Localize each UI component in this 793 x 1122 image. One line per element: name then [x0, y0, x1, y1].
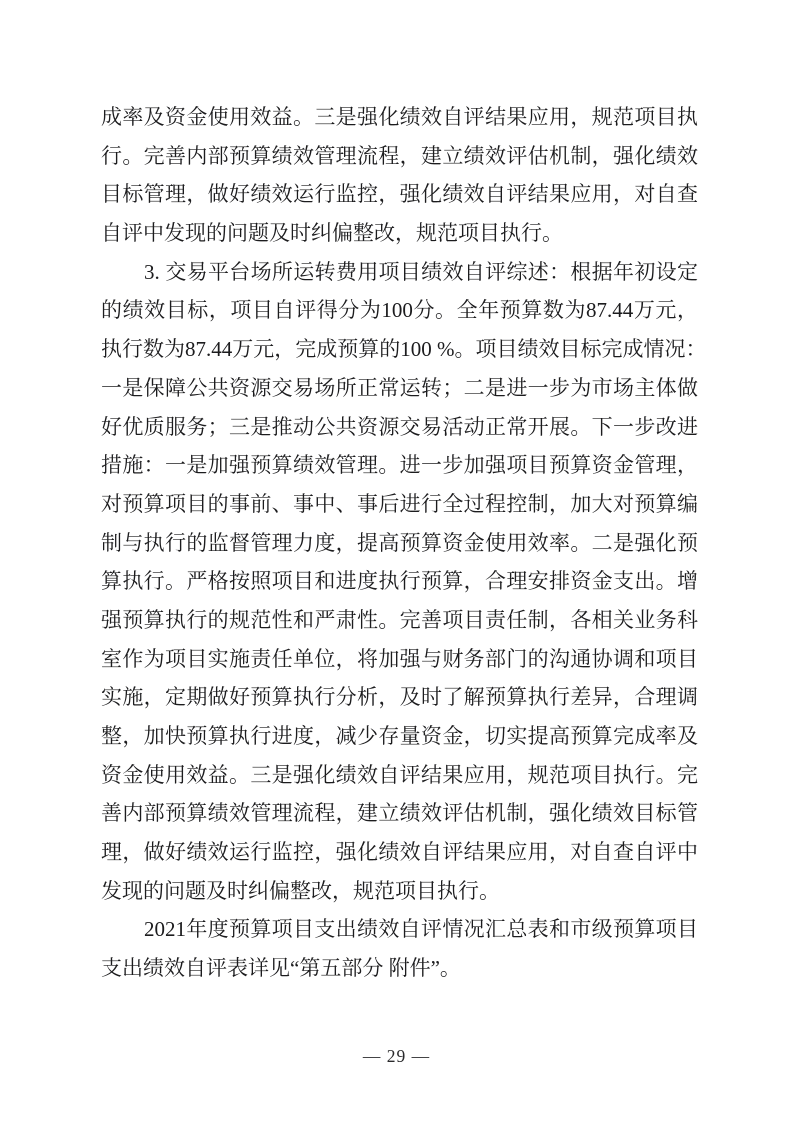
text-line: 措施：一是加强预算绩效管理。进一步加强项目预算资金管理， [101, 446, 698, 485]
text-line: 善内部预算绩效管理流程，建立绩效评估机制，强化绩效目标管 [101, 794, 698, 833]
text-line: 整，加快预算执行进度，减少存量资金，切实提高预算完成率及 [101, 717, 698, 756]
text-line: 行。完善内部预算绩效管理流程，建立绩效评估机制，强化绩效 [101, 137, 698, 176]
page-number: — 29 — [363, 1046, 430, 1066]
text-line: 执行数为87.44万元，完成预算的100 %。项目绩效目标完成情况： [101, 330, 698, 369]
text-line: 一是保障公共资源交易场所正常运转；二是进一步为市场主体做 [101, 369, 698, 408]
text-line: 发现的问题及时纠偏整改，规范项目执行。 [101, 872, 698, 911]
text-line: 对预算项目的事前、事中、事后进行全过程控制，加大对预算编 [101, 485, 698, 524]
text-line: 制与执行的监督管理力度，提高预算资金使用效率。二是强化预 [101, 524, 698, 563]
paragraph: 成率及资金使用效益。三是强化绩效自评结果应用，规范项目执行。完善内部预算绩效管理… [101, 98, 698, 253]
text-line: 支出绩效自评表详见“第五部分 附件”。 [101, 949, 698, 988]
text-line: 的绩效目标，项目自评得分为100分。全年预算数为87.44万元， [101, 291, 698, 330]
text-line: 室作为项目实施责任单位，将加强与财务部门的沟通协调和项目 [101, 640, 698, 679]
text-line: 理，做好绩效运行监控，强化绩效自评结果应用，对自查自评中 [101, 833, 698, 872]
text-line: 强预算执行的规范性和严肃性。完善项目责任制，各相关业务科 [101, 601, 698, 640]
text-line: 2021年度预算项目支出绩效自评情况汇总表和市级预算项目 [101, 910, 698, 949]
text-line: 成率及资金使用效益。三是强化绩效自评结果应用，规范项目执 [101, 98, 698, 137]
text-line: 好优质服务；三是推动公共资源交易活动正常开展。下一步改进 [101, 408, 698, 447]
text-line: 资金使用效益。三是强化绩效自评结果应用，规范项目执行。完 [101, 756, 698, 795]
paragraph: 3. 交易平台场所运转费用项目绩效自评综述：根据年初设定的绩效目标，项目自评得分… [101, 253, 698, 911]
document-page: 成率及资金使用效益。三是强化绩效自评结果应用，规范项目执行。完善内部预算绩效管理… [0, 0, 793, 1122]
text-block: 成率及资金使用效益。三是强化绩效自评结果应用，规范项目执行。完善内部预算绩效管理… [101, 98, 698, 988]
text-line: 3. 交易平台场所运转费用项目绩效自评综述：根据年初设定 [101, 253, 698, 292]
text-line: 算执行。严格按照项目和进度执行预算，合理安排资金支出。增 [101, 562, 698, 601]
text-line: 实施，定期做好预算执行分析，及时了解预算执行差异，合理调 [101, 678, 698, 717]
paragraph: 2021年度预算项目支出绩效自评情况汇总表和市级预算项目支出绩效自评表详见“第五… [101, 910, 698, 987]
text-line: 自评中发现的问题及时纠偏整改，规范项目执行。 [101, 214, 698, 253]
text-line: 目标管理，做好绩效运行监控，强化绩效自评结果应用，对自查 [101, 175, 698, 214]
page-footer: — 29 — [0, 1044, 793, 1068]
